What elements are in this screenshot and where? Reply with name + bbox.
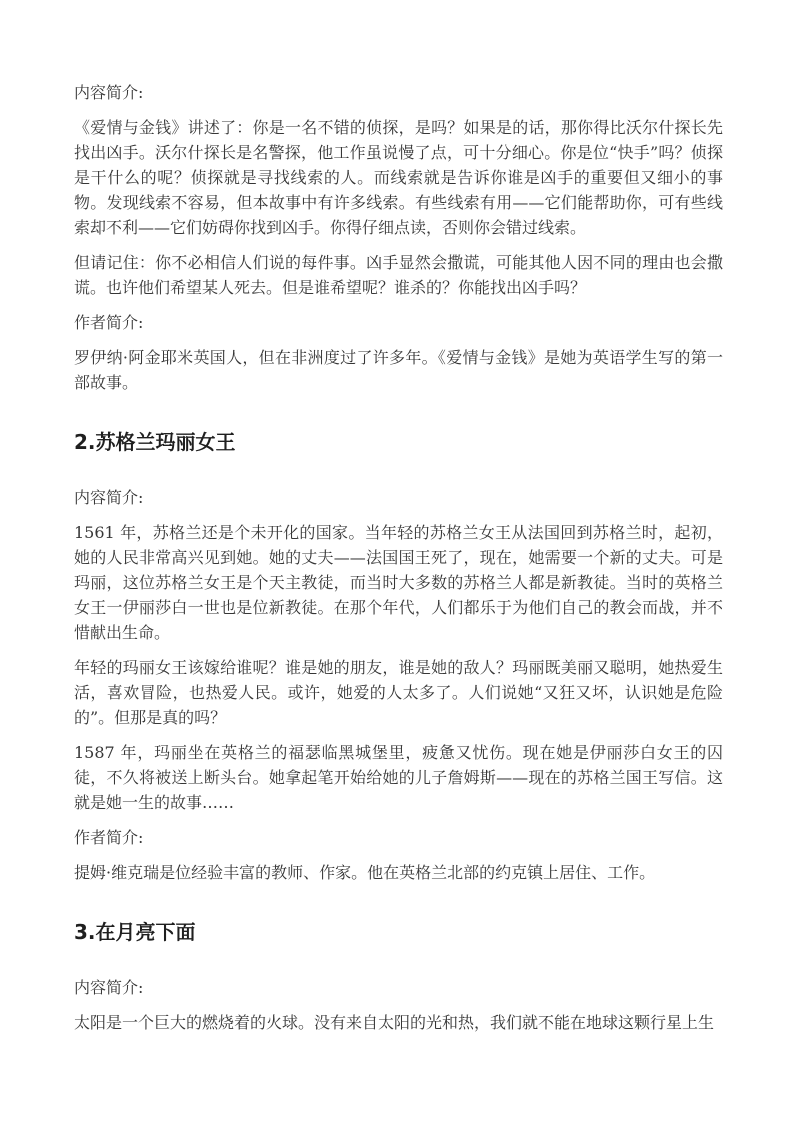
document-page: 内容简介: 《爱情与金钱》讲述了：你是一名不错的侦探，是吗？如果是的话，那你得比… [0,0,793,1122]
book3-synopsis-paragraph-1: 太阳是一个巨大的燃烧着的火球。没有来自太阳的光和热，我们就不能在地球这颗行星上生 [74,1010,723,1035]
book1-synopsis-paragraph-2: 但请记住：你不必相信人们说的每件事。凶手显然会撒谎，可能其他人因不同的理由也会撒… [74,250,723,300]
author-intro-label-1: 作者简介: [74,310,723,335]
book2-synopsis-paragraph-1: 1561 年，苏格兰还是个未开化的国家。当年轻的苏格兰女王从法国回到苏格兰时，起… [74,520,723,645]
book1-author-paragraph: 罗伊纳·阿金耶米英国人，但在非洲度过了许多年。《爱情与金钱》是她为英语学生写的第… [74,345,723,395]
book2-synopsis-paragraph-3: 1587 年，玛丽坐在英格兰的福瑟临黑城堡里，疲惫又忧伤。现在她是伊丽莎白女王的… [74,740,723,815]
author-intro-label-2: 作者简介: [74,825,723,850]
book2-synopsis-paragraph-2: 年轻的玛丽女王该嫁给谁呢？谁是她的朋友，谁是她的敌人？玛丽既美丽又聪明，她热爱生… [74,655,723,730]
book2-title-heading: 2.苏格兰玛丽女王 [74,427,723,457]
content-intro-label-3: 内容简介: [74,975,723,1000]
book1-synopsis-paragraph-1: 《爱情与金钱》讲述了：你是一名不错的侦探，是吗？如果是的话，那你得比沃尔什探长先… [74,115,723,240]
content-intro-label-2: 内容简介: [74,485,723,510]
content-intro-label-1: 内容简介: [74,80,723,105]
book2-author-paragraph: 提姆·维克瑞是位经验丰富的教师、作家。他在英格兰北部的约克镇上居住、工作。 [74,860,723,885]
book3-title-heading: 3.在月亮下面 [74,917,723,947]
